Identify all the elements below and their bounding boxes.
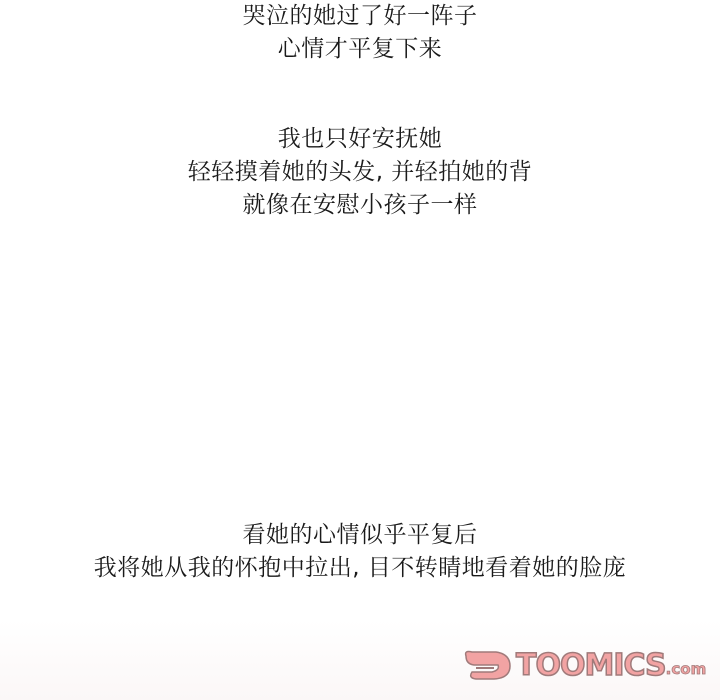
caption-block-2: 我也只好安抚她 轻轻摸着她的头发, 并轻拍她的背 就像在安慰小孩子一样: [0, 123, 720, 222]
caption-line: 哭泣的她过了好一阵子: [0, 0, 720, 33]
caption-line: 我将她从我的怀抱中拉出, 目不转睛地看着她的脸庞: [0, 552, 720, 585]
toomics-watermark: TOOMICS .com: [462, 640, 712, 690]
caption-line: 我也只好安抚她: [0, 123, 720, 156]
caption-block-1: 哭泣的她过了好一阵子 心情才平复下来: [0, 0, 720, 66]
watermark-text: TOOMICS: [516, 648, 666, 683]
toomics-logo-icon: [462, 648, 514, 682]
caption-line: 就像在安慰小孩子一样: [0, 189, 720, 222]
caption-line: 心情才平复下来: [0, 33, 720, 66]
caption-line: 轻轻摸着她的头发, 并轻拍她的背: [0, 156, 720, 189]
caption-line: 看她的心情似乎平复后: [0, 519, 720, 552]
watermark-suffix: .com: [666, 660, 707, 678]
caption-block-3: 看她的心情似乎平复后 我将她从我的怀抱中拉出, 目不转睛地看着她的脸庞: [0, 519, 720, 585]
